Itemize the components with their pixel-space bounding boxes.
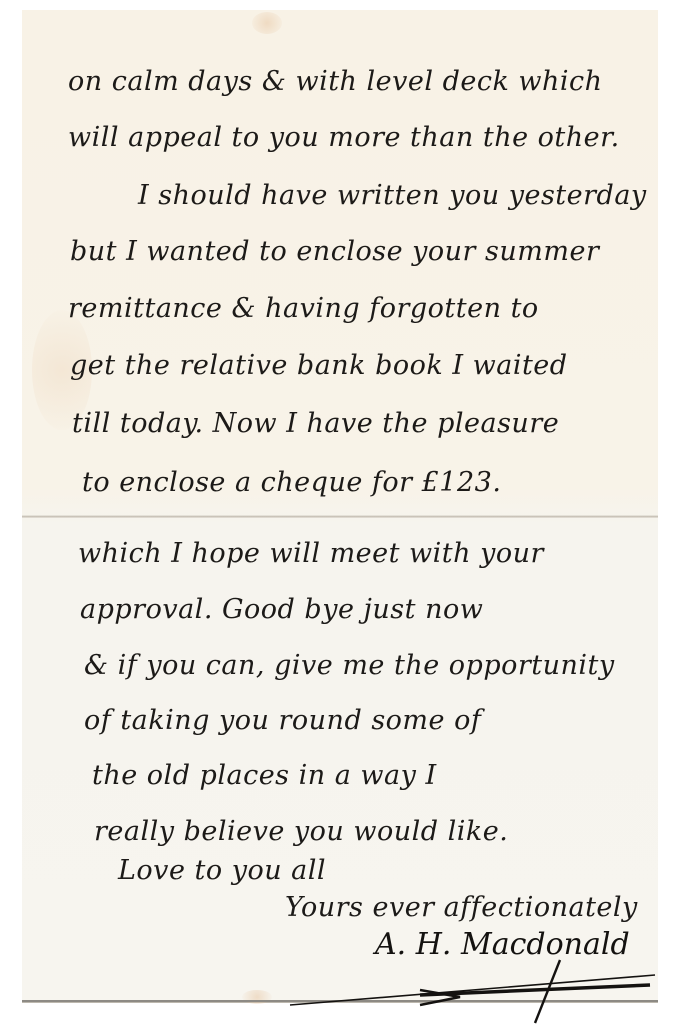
- letter-line-3: I should have written you yesterday: [138, 180, 647, 211]
- letter-line-5: remittance & having forgotten to: [68, 293, 539, 324]
- closing-valediction: Yours ever affectionately: [285, 892, 638, 923]
- letter-line-7: till today. Now I have the pleasure: [72, 408, 559, 439]
- paper-stain: [242, 990, 272, 1004]
- letter-line-14: really believe you would like.: [94, 816, 508, 847]
- letter-line-2: will appeal to you more than the other.: [68, 122, 620, 153]
- letter-line-11: & if you can, give me the opportunity: [84, 650, 615, 681]
- paper-stain: [252, 12, 282, 34]
- letter-line-13: the old places in a way I: [92, 760, 437, 791]
- letter-page: [22, 10, 658, 1002]
- letter-line-4: but I wanted to enclose your summer: [70, 236, 599, 267]
- letter-line-6: get the relative bank book I waited: [70, 350, 568, 381]
- letter-line-8: to enclose a cheque for £123.: [82, 467, 501, 498]
- letter-line-9: which I hope will meet with your: [78, 538, 544, 569]
- closing-salutation: Love to you all: [118, 855, 326, 886]
- letter-line-1: on calm days & with level deck which: [68, 66, 603, 97]
- letter-line-10: approval. Good bye just now: [80, 594, 483, 625]
- fold-crease: [22, 515, 658, 518]
- signature-flourish: [270, 945, 660, 1024]
- letter-line-12: of taking you round some of: [84, 705, 481, 736]
